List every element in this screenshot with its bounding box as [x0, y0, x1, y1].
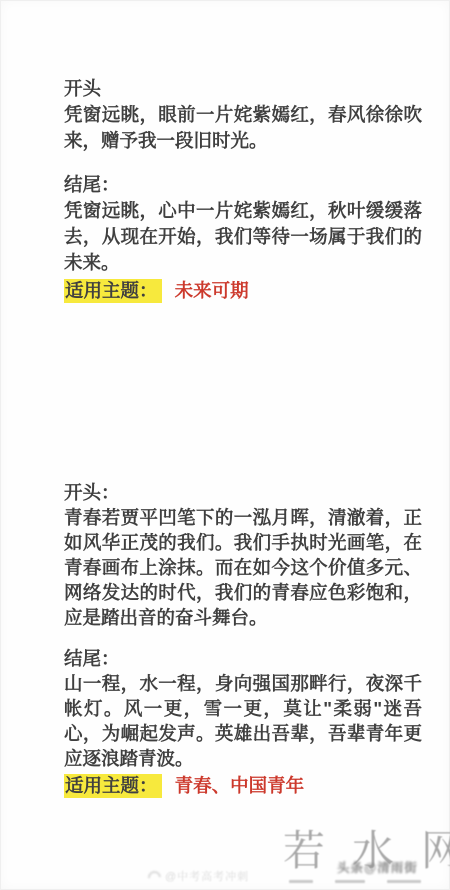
site-watermark-char: 网	[421, 830, 450, 872]
small-watermark-bar	[289, 880, 313, 883]
theme-value: 未来可期	[175, 280, 249, 301]
theme-value: 青春、中国青年	[175, 775, 305, 796]
section-ending-2: 结尾： 山一程，水一程，身向强国那畔行，夜深千帐灯。风一更，雪一更，莫让"柔弱"…	[64, 646, 422, 798]
theme-label-highlight: 适用主题：	[64, 279, 162, 303]
small-watermark-bar	[335, 880, 365, 883]
swoosh-logo-icon	[145, 868, 163, 886]
section-opening-1: 开头 凭窗远眺，眼前一片姹紫嫣红，春风徐徐吹来，赠予我一段旧时光。	[64, 76, 422, 154]
section-paragraph: 青春若贾平凹笔下的一泓月晖，清澈着，正如风华正茂的我们。我们手执时光画笔，在青春…	[64, 505, 422, 630]
small-watermark-bar	[387, 880, 421, 883]
section-label: 开头：	[64, 480, 422, 505]
section-label: 结尾：	[64, 646, 422, 671]
section-paragraph: 凭窗远眺，心中一片姹紫嫣红，秋叶缓缓落去，从现在开始，我们等待一场属于我们的未来…	[64, 198, 422, 276]
small-watermark-marks	[289, 880, 421, 883]
section-opening-2: 开头： 青春若贾平凹笔下的一泓月晖，清澈着，正如风华正茂的我们。我们手执时光画笔…	[64, 480, 422, 630]
toutiao-handle-watermark: 头条@清雨街	[337, 858, 418, 876]
theme-line: 适用主题： 青春、中国青年	[64, 773, 422, 798]
essay-notes-content: 开头 凭窗远眺，眼前一片姹紫嫣红，春风徐徐吹来，赠予我一段旧时光。 结尾： 凭窗…	[64, 76, 422, 798]
section-paragraph: 凭窗远眺，眼前一片姹紫嫣红，春风徐徐吹来，赠予我一段旧时光。	[64, 102, 422, 154]
left-faint-watermark-text: @中考高考冲刺	[165, 871, 249, 883]
section-paragraph: 山一程，水一程，身向强国那畔行，夜深千帐灯。风一更，雪一更，莫让"柔弱"迷吾心，…	[64, 671, 422, 771]
section-label: 开头	[64, 76, 422, 102]
left-faint-watermark: @中考高考冲刺	[148, 868, 249, 884]
document-page: 开头 凭窗远眺，眼前一片姹紫嫣红，春风徐徐吹来，赠予我一段旧时光。 结尾： 凭窗…	[0, 0, 450, 890]
section-label: 结尾：	[64, 172, 422, 198]
theme-label-highlight: 适用主题：	[64, 774, 162, 798]
section-ending-1: 结尾： 凭窗远眺，心中一片姹紫嫣红，秋叶缓缓落去，从现在开始，我们等待一场属于我…	[64, 172, 422, 304]
theme-line: 适用主题： 未来可期	[64, 278, 422, 304]
site-watermark-char: 若	[283, 830, 325, 872]
